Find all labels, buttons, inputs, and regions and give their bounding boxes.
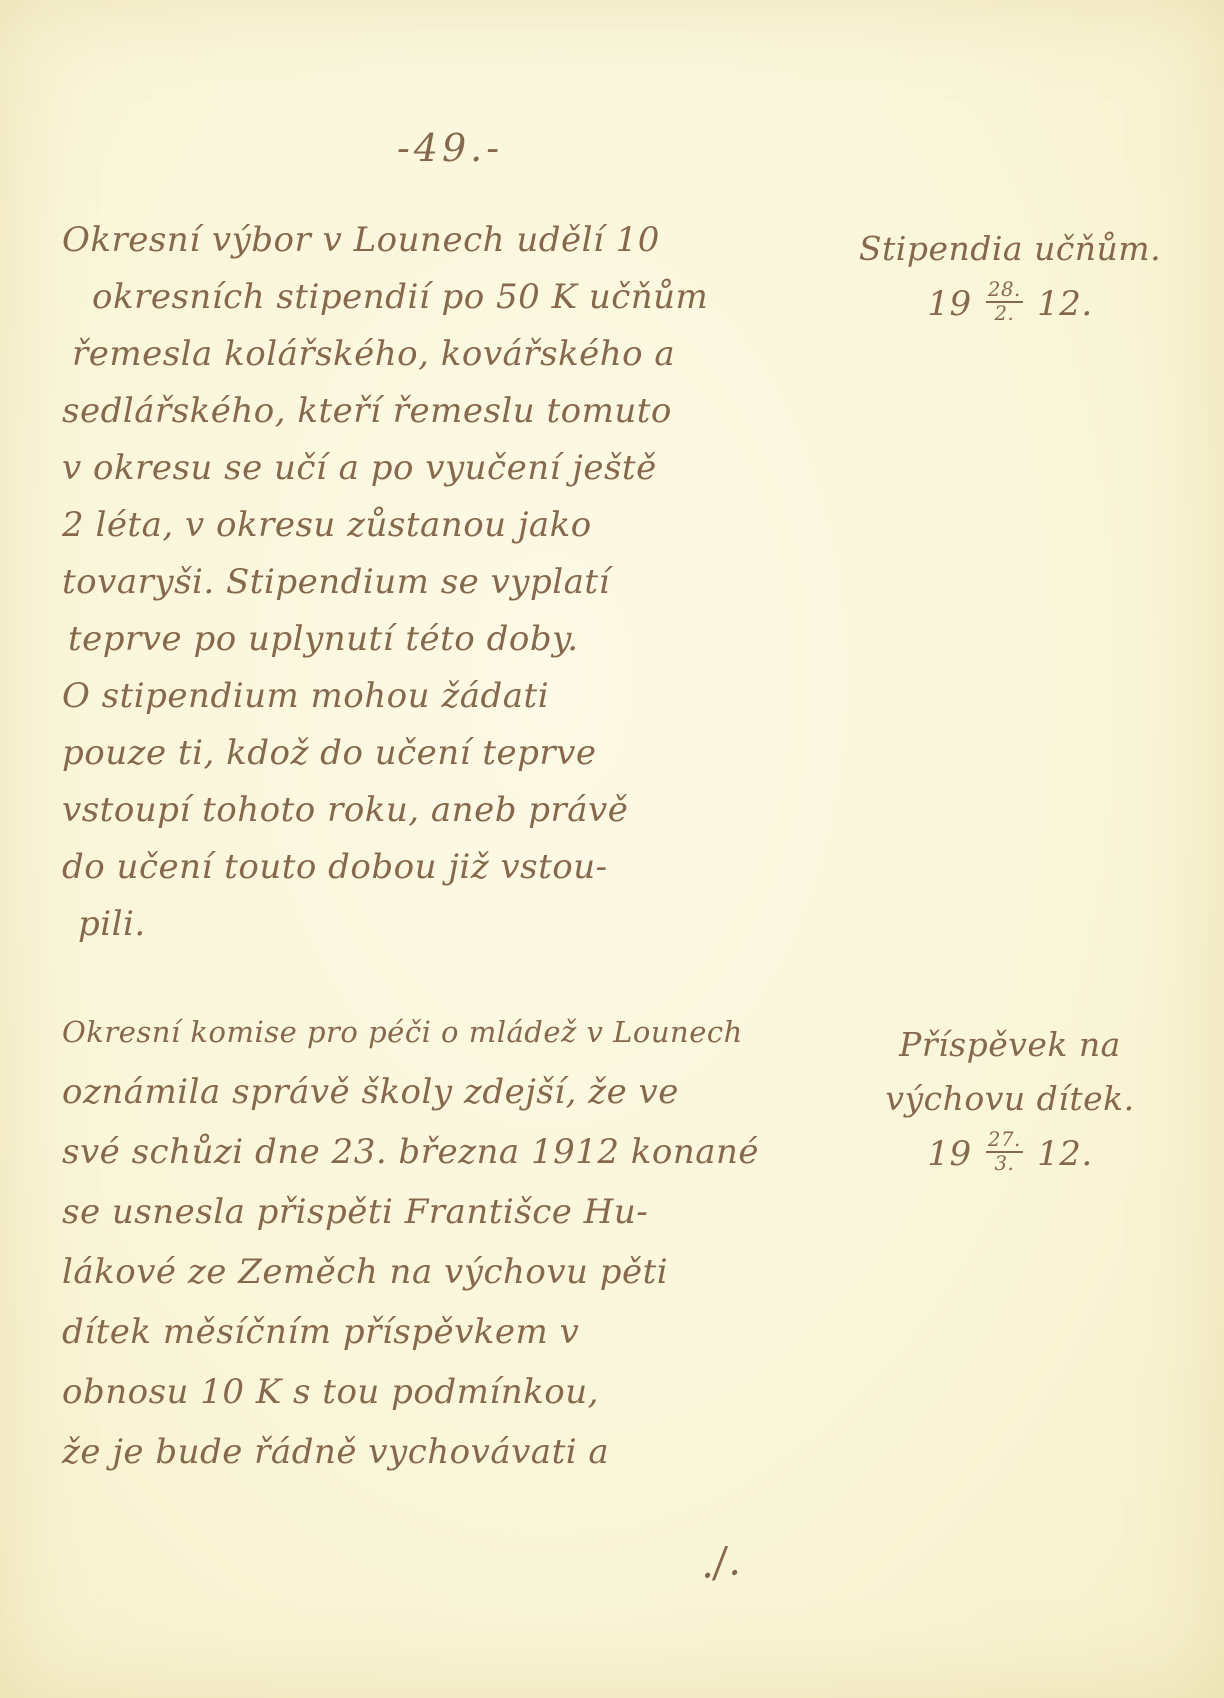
manuscript-page: -49.- Okresní výbor v Lounech udělí 10 o… bbox=[0, 0, 1224, 1698]
date-year-prefix: 19 bbox=[927, 1134, 971, 1174]
handwritten-line: v okresu se učí a po vyučení ještě bbox=[62, 440, 857, 497]
handwritten-line: tovaryši. Stipendium se vyplatí bbox=[62, 554, 857, 611]
handwritten-line: obnosu 10 K s tou podmínkou, bbox=[62, 1362, 857, 1422]
handwritten-line: O stipendium mohou žádati bbox=[62, 668, 857, 725]
margin-note-title: Příspěvek na bbox=[835, 1018, 1185, 1072]
date-year-suffix: 12. bbox=[1037, 1134, 1093, 1174]
handwritten-line: okresních stipendií po 50 K učňům bbox=[62, 269, 857, 326]
margin-note-title: Stipendia učňům. bbox=[835, 222, 1185, 276]
entry-prispevek-body: Okresní komise pro péči o mládež v Loune… bbox=[62, 1002, 857, 1482]
date-day-month-fraction: 28. 2. bbox=[986, 279, 1023, 325]
date-month: 2. bbox=[986, 303, 1023, 325]
entry-stipendia-body: Okresní výbor v Lounech udělí 10 okresní… bbox=[62, 212, 857, 953]
handwritten-line: své schůzi dne 23. března 1912 konané bbox=[62, 1122, 857, 1182]
page-number: -49.- bbox=[60, 126, 840, 170]
handwritten-line: že je bude řádně vychovávati a bbox=[62, 1422, 857, 1482]
margin-note-title: výchovu dítek. bbox=[835, 1072, 1185, 1126]
handwritten-line: dítek měsíčním příspěvkem v bbox=[62, 1302, 857, 1362]
date-month: 3. bbox=[986, 1153, 1023, 1175]
handwritten-line: pili. bbox=[62, 896, 857, 953]
handwritten-line: teprve po uplynutí této doby. bbox=[62, 611, 857, 668]
handwritten-line: lákové ze Zeměch na výchovu pěti bbox=[62, 1242, 857, 1302]
handwritten-line: 2 léta, v okresu zůstanou jako bbox=[62, 497, 857, 554]
margin-note-stipendia: Stipendia učňům. 19 28. 2. 12. bbox=[835, 222, 1185, 329]
handwritten-line: oznámila správě školy zdejší, že ve bbox=[62, 1062, 857, 1122]
handwritten-line: do učení touto dobou již vstou- bbox=[62, 839, 857, 896]
date-day: 27. bbox=[986, 1129, 1023, 1153]
date-day-month-fraction: 27. 3. bbox=[986, 1129, 1023, 1175]
handwritten-line: sedlářského, kteří řemeslu tomuto bbox=[62, 383, 857, 440]
handwritten-line: vstoupí tohoto roku, aneb právě bbox=[62, 782, 857, 839]
date-day: 28. bbox=[986, 279, 1023, 303]
date-year-prefix: 19 bbox=[927, 284, 971, 324]
margin-note-date: 19 28. 2. 12. bbox=[835, 280, 1185, 329]
date-year-suffix: 12. bbox=[1037, 284, 1093, 324]
handwritten-line: řemesla kolářského, kovářského a bbox=[62, 326, 857, 383]
handwritten-line: se usnesla přispěti Františce Hu- bbox=[62, 1182, 857, 1242]
catchword-mark: ./. bbox=[698, 1538, 743, 1588]
handwritten-line: pouze ti, kdož do učení teprve bbox=[62, 725, 857, 782]
margin-note-date: 19 27. 3. 12. bbox=[835, 1130, 1185, 1179]
handwritten-line: Okresní výbor v Lounech udělí 10 bbox=[62, 212, 857, 269]
margin-note-prispevek: Příspěvek na výchovu dítek. 19 27. 3. 12… bbox=[835, 1018, 1185, 1179]
handwritten-line: Okresní komise pro péči o mládež v Loune… bbox=[62, 1002, 857, 1062]
